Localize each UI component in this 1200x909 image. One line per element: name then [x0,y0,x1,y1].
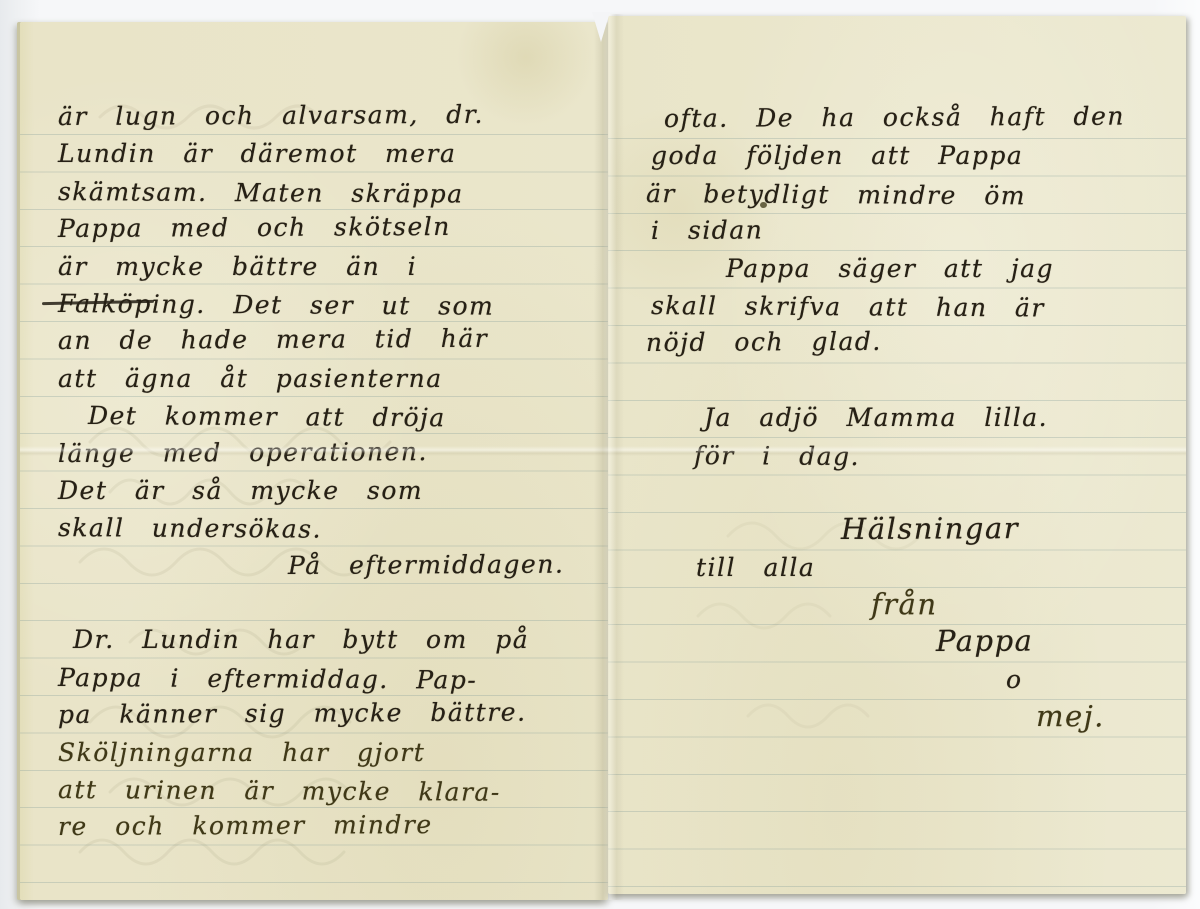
scanned-letter-photo: { "document": { "kind_label": "Handwritt… [0,0,1200,909]
handwritten-line: Det är så mycke som [58,472,564,509]
handwritten-line: pa känner sig mycke bättre. [58,694,565,734]
handwritten-line: att ägna åt pasienterna [58,360,564,397]
handwritten-line: re och kommer mindre [58,806,565,846]
handwritten-line: ofta. De ha också haft den [664,98,1125,138]
left-page-text-block: är lugn och alvarsam, dr. Lundin är däre… [58,98,564,846]
handwritten-line: Det kommer att dröja [88,397,565,437]
handwritten-line: Pappa säger att jag [726,250,1125,287]
handwritten-line: för i dag. [694,437,1125,477]
letter-page-left: är lugn och alvarsam, dr. Lundin är däre… [20,22,608,900]
handwritten-line: i sidan [651,210,1125,250]
handwritten-line: länge med operationen. [58,432,565,472]
handwritten-line: är lugn och alvarsam, dr. [58,95,565,135]
handwritten-line: är mycke bättre än i [58,248,564,285]
handwritten-line: Pappa med och skötseln [58,208,565,248]
signature-line: Hälsningar [841,510,1125,549]
signature-line: Pappa [936,622,1125,660]
handwritten-line: Lundin är däremot mera [58,135,564,172]
signature-line: till alla [696,549,1125,586]
letter-page-right: ofta. De ha också haft den goda följden … [608,16,1186,894]
handwritten-line: an de hade mera tid här [58,320,565,360]
handwritten-line: Sköljningarna har gjort [58,734,564,771]
handwritten-line: Ja adjö Mamma lilla. [704,399,1125,436]
handwritten-line: På eftermiddagen. [288,545,565,584]
handwritten-line: goda följden att Pappa [651,137,1125,174]
signature-line: från [871,586,1125,625]
signature-line: o [1006,661,1125,698]
handwritten-line: skall undersökas. [58,509,565,549]
handwritten-line: Dr. Lundin har bytt om på [73,621,564,658]
signature-line: mej. [1036,698,1125,736]
handwritten-line: nöjd och glad. [646,322,1125,362]
right-page-text-block: ofta. De ha också haft den goda följden … [646,100,1125,736]
